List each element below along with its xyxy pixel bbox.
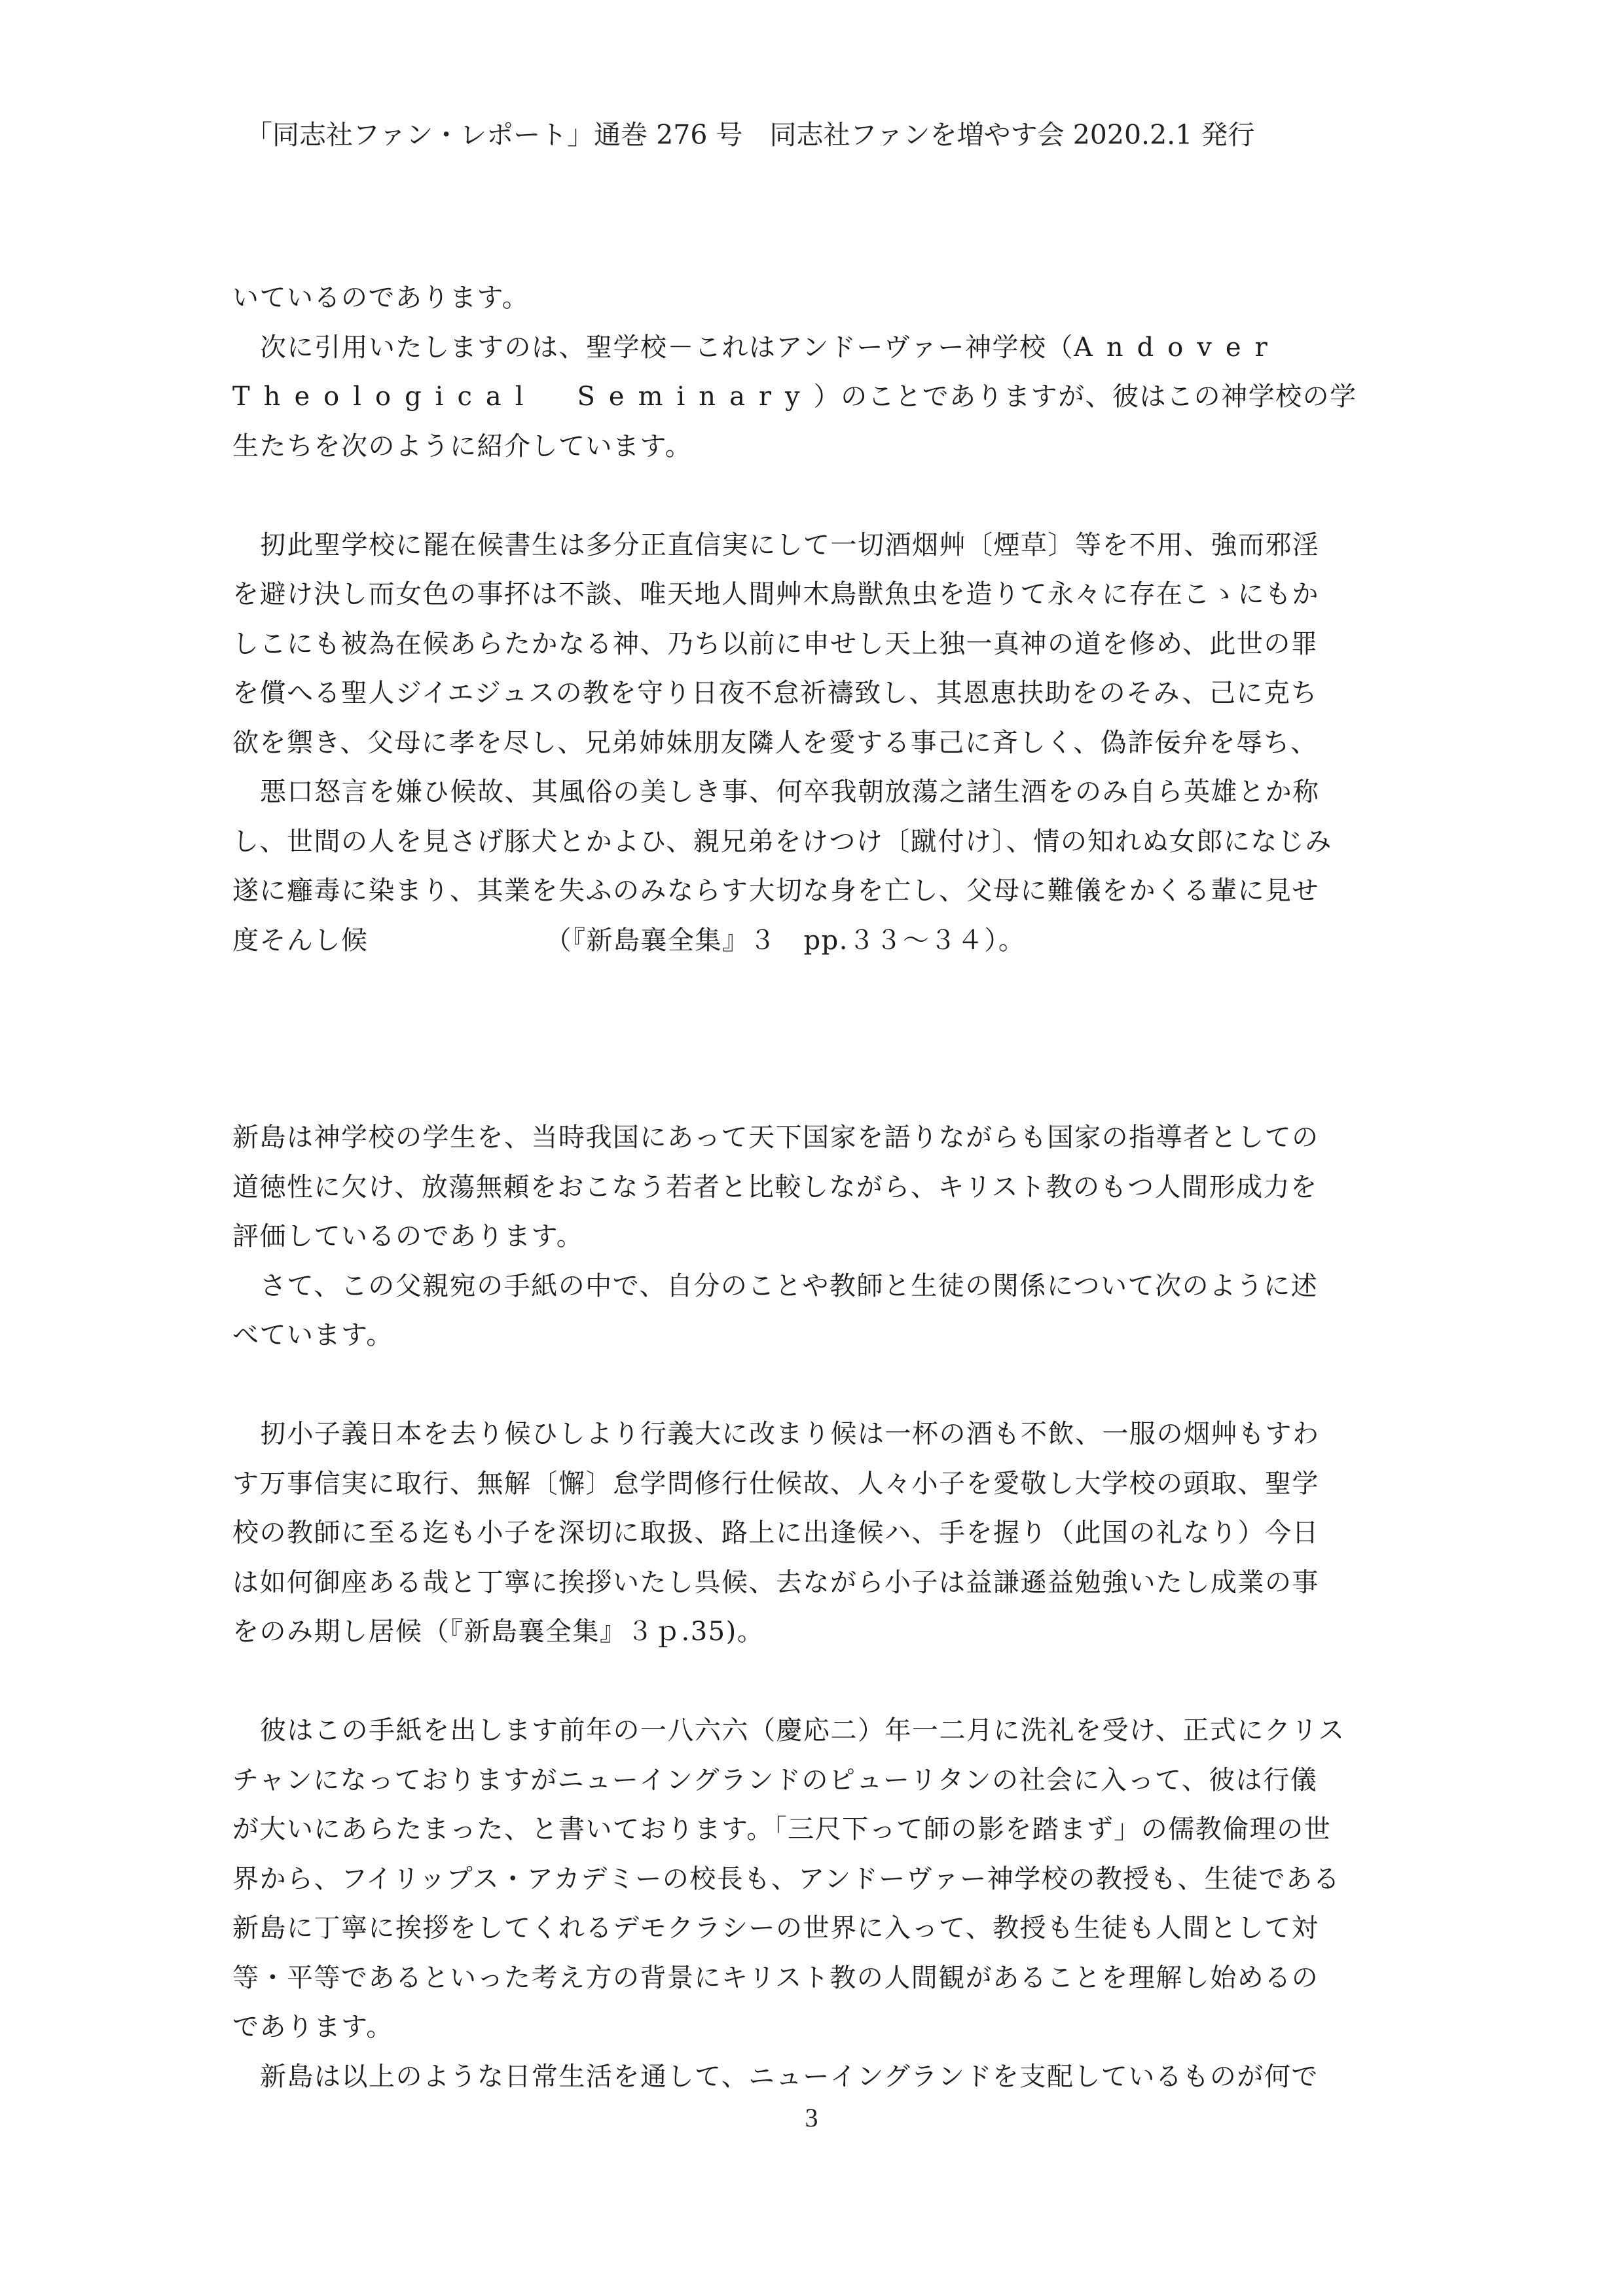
quote-line: し、世間の人を見さげ豚犬とかよひ、親兄弟をけつけ〔蹴付け〕、情の知れぬ女郎になじ… xyxy=(232,817,1404,867)
citation: （『新島襄全集』３ pp.３３～３４）。 xyxy=(545,925,1026,956)
paragraph-line: べています。 xyxy=(232,1311,1404,1361)
quote-line: しこにも被為在候あらたかなる神、乃ち以前に申せし天上独一真神の道を修め、此世の罪 xyxy=(232,620,1404,670)
quote-line: 度そんし候（『新島襄全集』３ pp.３３～３４）。 xyxy=(232,916,1404,966)
text-run: 度そんし候 xyxy=(232,925,369,956)
paragraph-line: 等・平等であるといった考え方の背景にキリスト教の人間観があることを理解し始めるの xyxy=(232,1954,1404,2003)
page-header: 「同志社ファン・レポート」通巻 276 号 同志社ファンを増やす会 2020.2… xyxy=(246,117,1424,153)
quote-line: をのみ期し居候（『新島襄全集』３ｐ.35)。 xyxy=(232,1607,1404,1657)
paragraph-line: が大いにあらたまった、と書いております。「三尺下って師の影を踏まず」の儒教倫理の… xyxy=(232,1805,1404,1855)
latin-term-seminary: Theological Seminary xyxy=(232,382,814,412)
text-run: 次に引用いたしますのは、聖学校－これはアンドーヴァー神学校（ xyxy=(260,332,1074,363)
quote-line: 悪口怒言を嫌ひ候故、其風俗の美しき事、何卒我朝放蕩之諸生酒をのみ自ら英雄とか称 xyxy=(232,768,1404,817)
paragraph-line: 道徳性に欠け、放蕩無頼をおこなう若者と比較しながら、キリスト教のもつ人間形成力を xyxy=(232,1163,1404,1213)
page-number: 3 xyxy=(0,2102,1623,2133)
quote-line: を償へる聖人ジイエジュスの教を守り日夜不怠祈禱致し、其恩恵扶助をのそみ、己に克ち xyxy=(232,669,1404,719)
blank-line xyxy=(232,471,1404,521)
paragraph-line: 生たちを次のように紹介しています。 xyxy=(232,422,1404,472)
paragraph-line: さて、この父親宛の手紙の中で、自分のことや教師と生徒の関係について次のように述 xyxy=(232,1262,1404,1312)
quote-line: 遂に癰毒に染まり、其業を失ふのみならす大切な身を亡し、父母に難儀をかくる輩に見せ xyxy=(232,867,1404,916)
blank-line xyxy=(232,1039,1404,1113)
paragraph-line: 新島は神学校の学生を、当時我国にあって天下国家を語りながらも国家の指導者としての xyxy=(232,1113,1404,1163)
paragraph-line: 界から、フイリップス・アカデミーの校長も、アンドーヴァー神学校の教授も、生徒であ… xyxy=(232,1855,1404,1905)
paragraph-line: いているのであります。 xyxy=(232,274,1404,323)
quote-line: 校の教師に至る迄も小子を深切に取扱、路上に出逢候ハ、手を握り（此国の礼なり）今日 xyxy=(232,1509,1404,1558)
document-body: いているのであります。 次に引用いたしますのは、聖学校－これはアンドーヴァー神学… xyxy=(232,274,1404,2102)
blank-line xyxy=(232,965,1404,1039)
paragraph-line: 評価しているのであります。 xyxy=(232,1212,1404,1262)
quote-line: を避け決し而女色の事抔は不談、唯天地人間艸木鳥獣魚虫を造りて永々に存在こゝにもか xyxy=(232,570,1404,620)
paragraph-line: 新島に丁寧に挨拶をしてくれるデモクラシーの世界に入って、教授も生徒も人間として対 xyxy=(232,1904,1404,1954)
text-run: ）のことでありますが、彼はこの神学校の学 xyxy=(814,382,1357,412)
blank-line xyxy=(232,1657,1404,1707)
paragraph-line: 次に引用いたしますのは、聖学校－これはアンドーヴァー神学校（Andover xyxy=(232,323,1404,373)
paragraph-line: Theological Seminary）のことでありますが、彼はこの神学校の学 xyxy=(232,372,1404,422)
blank-line xyxy=(232,1361,1404,1410)
paragraph-line: 新島は以上のような日常生活を通して、ニューイングランドを支配しているものが何で xyxy=(232,2053,1404,2102)
latin-term-andover: Andover xyxy=(1074,332,1281,363)
quote-line: す万事信実に取行、無解〔懈〕怠学問修行仕候故、人々小子を愛敬し大学校の頭取、聖学 xyxy=(232,1460,1404,1509)
quote-line: は如何御座ある哉と丁寧に挨拶いたし呉候、去ながら小子は益謙遜益勉強いたし成業の事 xyxy=(232,1558,1404,1608)
paragraph-line: 彼はこの手紙を出します前年の一八六六（慶応二）年一二月に洗礼を受け、正式にクリス xyxy=(232,1706,1404,1756)
quote-line: 扨小子義日本を去り候ひしより行義大に改まり候は一杯の酒も不飲、一服の烟艸もすわ xyxy=(232,1410,1404,1460)
quote-line: 欲を禦き、父母に孝を尽し、兄弟姉妹朋友隣人を愛する事己に斉しく、偽詐佞弁を辱ち、 xyxy=(232,719,1404,768)
paragraph-line: チャンになっておりますがニューイングランドのピューリタンの社会に入って、彼は行儀 xyxy=(232,1756,1404,1806)
paragraph-line: であります。 xyxy=(232,2003,1404,2053)
quote-line: 扨此聖学校に罷在候書生は多分正直信実にして一切酒烟艸〔煙草〕等を不用、強而邪淫 xyxy=(232,521,1404,571)
